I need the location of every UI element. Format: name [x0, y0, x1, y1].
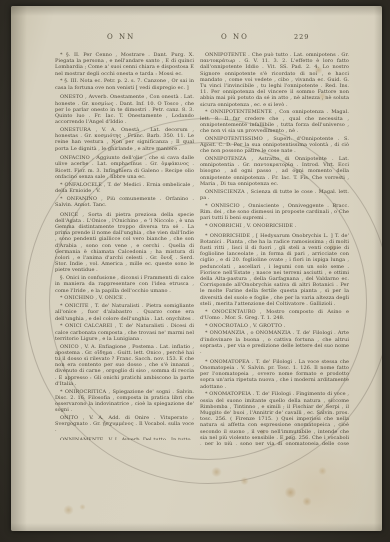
- dictionary-entry-onomatopea: * ONOMATOPEA . T. de' Filologi . La voce…: [200, 359, 349, 390]
- foxing-stain: [240, 477, 249, 485]
- dictionary-entry-onice: ONICE , Sorta di pietra preziosa della s…: [55, 212, 194, 274]
- dictionary-entry-onobrichi: * ONOBRICHI , V. ONOBRICHIDE .: [200, 223, 349, 229]
- dictionary-entry-onobrichide: * ONOBRICHIDE , [ Hedysarum Onobrychis L…: [200, 233, 349, 307]
- dictionary-entry-continuation: * §. II. Per Cenno , Mostrare . Dant. Pu…: [55, 52, 194, 77]
- running-title-left: O NN: [107, 33, 135, 41]
- dictionary-entry-onicite: * ONICITE , T. de' Naturalisti . Pietra …: [55, 303, 194, 322]
- dictionary-entry-onito: ONITO , V. A. Add. di Onire . Vituperato…: [55, 415, 194, 434]
- dictionary-entry-onesto: ONESTO , Avverb. Onestamente , Con onest…: [55, 94, 194, 125]
- right-text-column: ONNIPOTENTE . Che può tutto . Lat. omnip…: [200, 52, 349, 445]
- running-title-right: O NO: [221, 33, 249, 41]
- book-page: O NN O NO 229 * §. II. Per Cenno , Mostr…: [11, 6, 382, 531]
- foxing-discoloration: [261, 446, 371, 531]
- page-number: 229: [294, 33, 309, 41]
- binding-shadow: [11, 6, 27, 531]
- dictionary-entry-onfacino: ONFACINO , Aggiunto dell'olio , che si c…: [55, 155, 194, 180]
- dictionary-entry-onniscio: * ONNISCIO , Onnisciente , Onniveggente …: [200, 203, 349, 222]
- dictionary-entry-onico: ONICO , V. A. Enfiagione , Postema . Lat…: [55, 344, 194, 387]
- page-edge-shadow-top: [11, 6, 382, 16]
- foxing-stain: [211, 467, 222, 477]
- dictionary-entry-onestura: ONESTURA , V. A. Onestà . Lat. decorum ,…: [55, 127, 194, 152]
- scanned-book-photo: O NN O NO 229 * §. II. Per Cenno , Mostr…: [0, 0, 390, 542]
- dictionary-entry-note: * §. III. Nota ec. Petr. p. 2. s. 7. Can…: [55, 78, 194, 90]
- dictionary-entry-onfanino: * ONFANINO , Più comunemente . Orfanino …: [55, 196, 194, 208]
- foxing-stain: [79, 504, 86, 510]
- dictionary-entry-onichino: * ONICHINO , V. ONICE .: [55, 295, 194, 301]
- dictionary-entry-onirocritica: * ONIROCRITICA , Spiegazione de' sogni .…: [55, 389, 194, 414]
- dictionary-entry-onocentauro: * ONOCENTAURO , Mostro composto di Asino…: [200, 309, 349, 321]
- dictionary-entry-onninamente: ONNINAMENTE , V. L. Avverb. Del tutto , …: [55, 437, 194, 440]
- dictionary-entry-onocrotalo: * ONOCROTALO , V. GROTTO .: [200, 323, 349, 329]
- dictionary-entry-onici-paragraph: §. Onici in confusione , diconsi i Framm…: [55, 275, 194, 294]
- dictionary-entry-onniscienza: ONNISCIENZA , Scienza di tutte le cose .…: [200, 189, 349, 201]
- dictionary-entry-onfalocele: * ONFALOCELE , T. de' Medici . Ernia omb…: [55, 182, 194, 194]
- dictionary-entry-onnipotente: ONNIPOTENTE . Che può tutto . Lat. omnip…: [200, 52, 349, 108]
- dictionary-entry-onomanzia: * ONOMANZIA , o ONOMANZIA . T. de' Filol…: [200, 330, 349, 355]
- dictionary-entry-onnipotentemente: * ONNIPOTENTEMENTE , Con onnipotenza . M…: [200, 109, 349, 134]
- left-text-column: * §. II. Per Cenno , Mostrare . Dant. Pu…: [55, 52, 194, 440]
- foxing-stain: [63, 505, 74, 515]
- dictionary-entry-onici-calcarei: * ONICI CALCAREI , T. de' Naturalisti . …: [55, 323, 194, 342]
- dictionary-entry-onomatopeia: * ONOMATOPEIA . T. de' Filologi . Fingim…: [200, 391, 349, 445]
- dictionary-entry-onnipotenza: ONNIPOTENZA , Astratto di Onnipotente . …: [200, 156, 349, 187]
- dictionary-entry-onnipotentissimo: ONNIPOTENTISSIMO , Superl. d'Onnipotente…: [200, 136, 349, 155]
